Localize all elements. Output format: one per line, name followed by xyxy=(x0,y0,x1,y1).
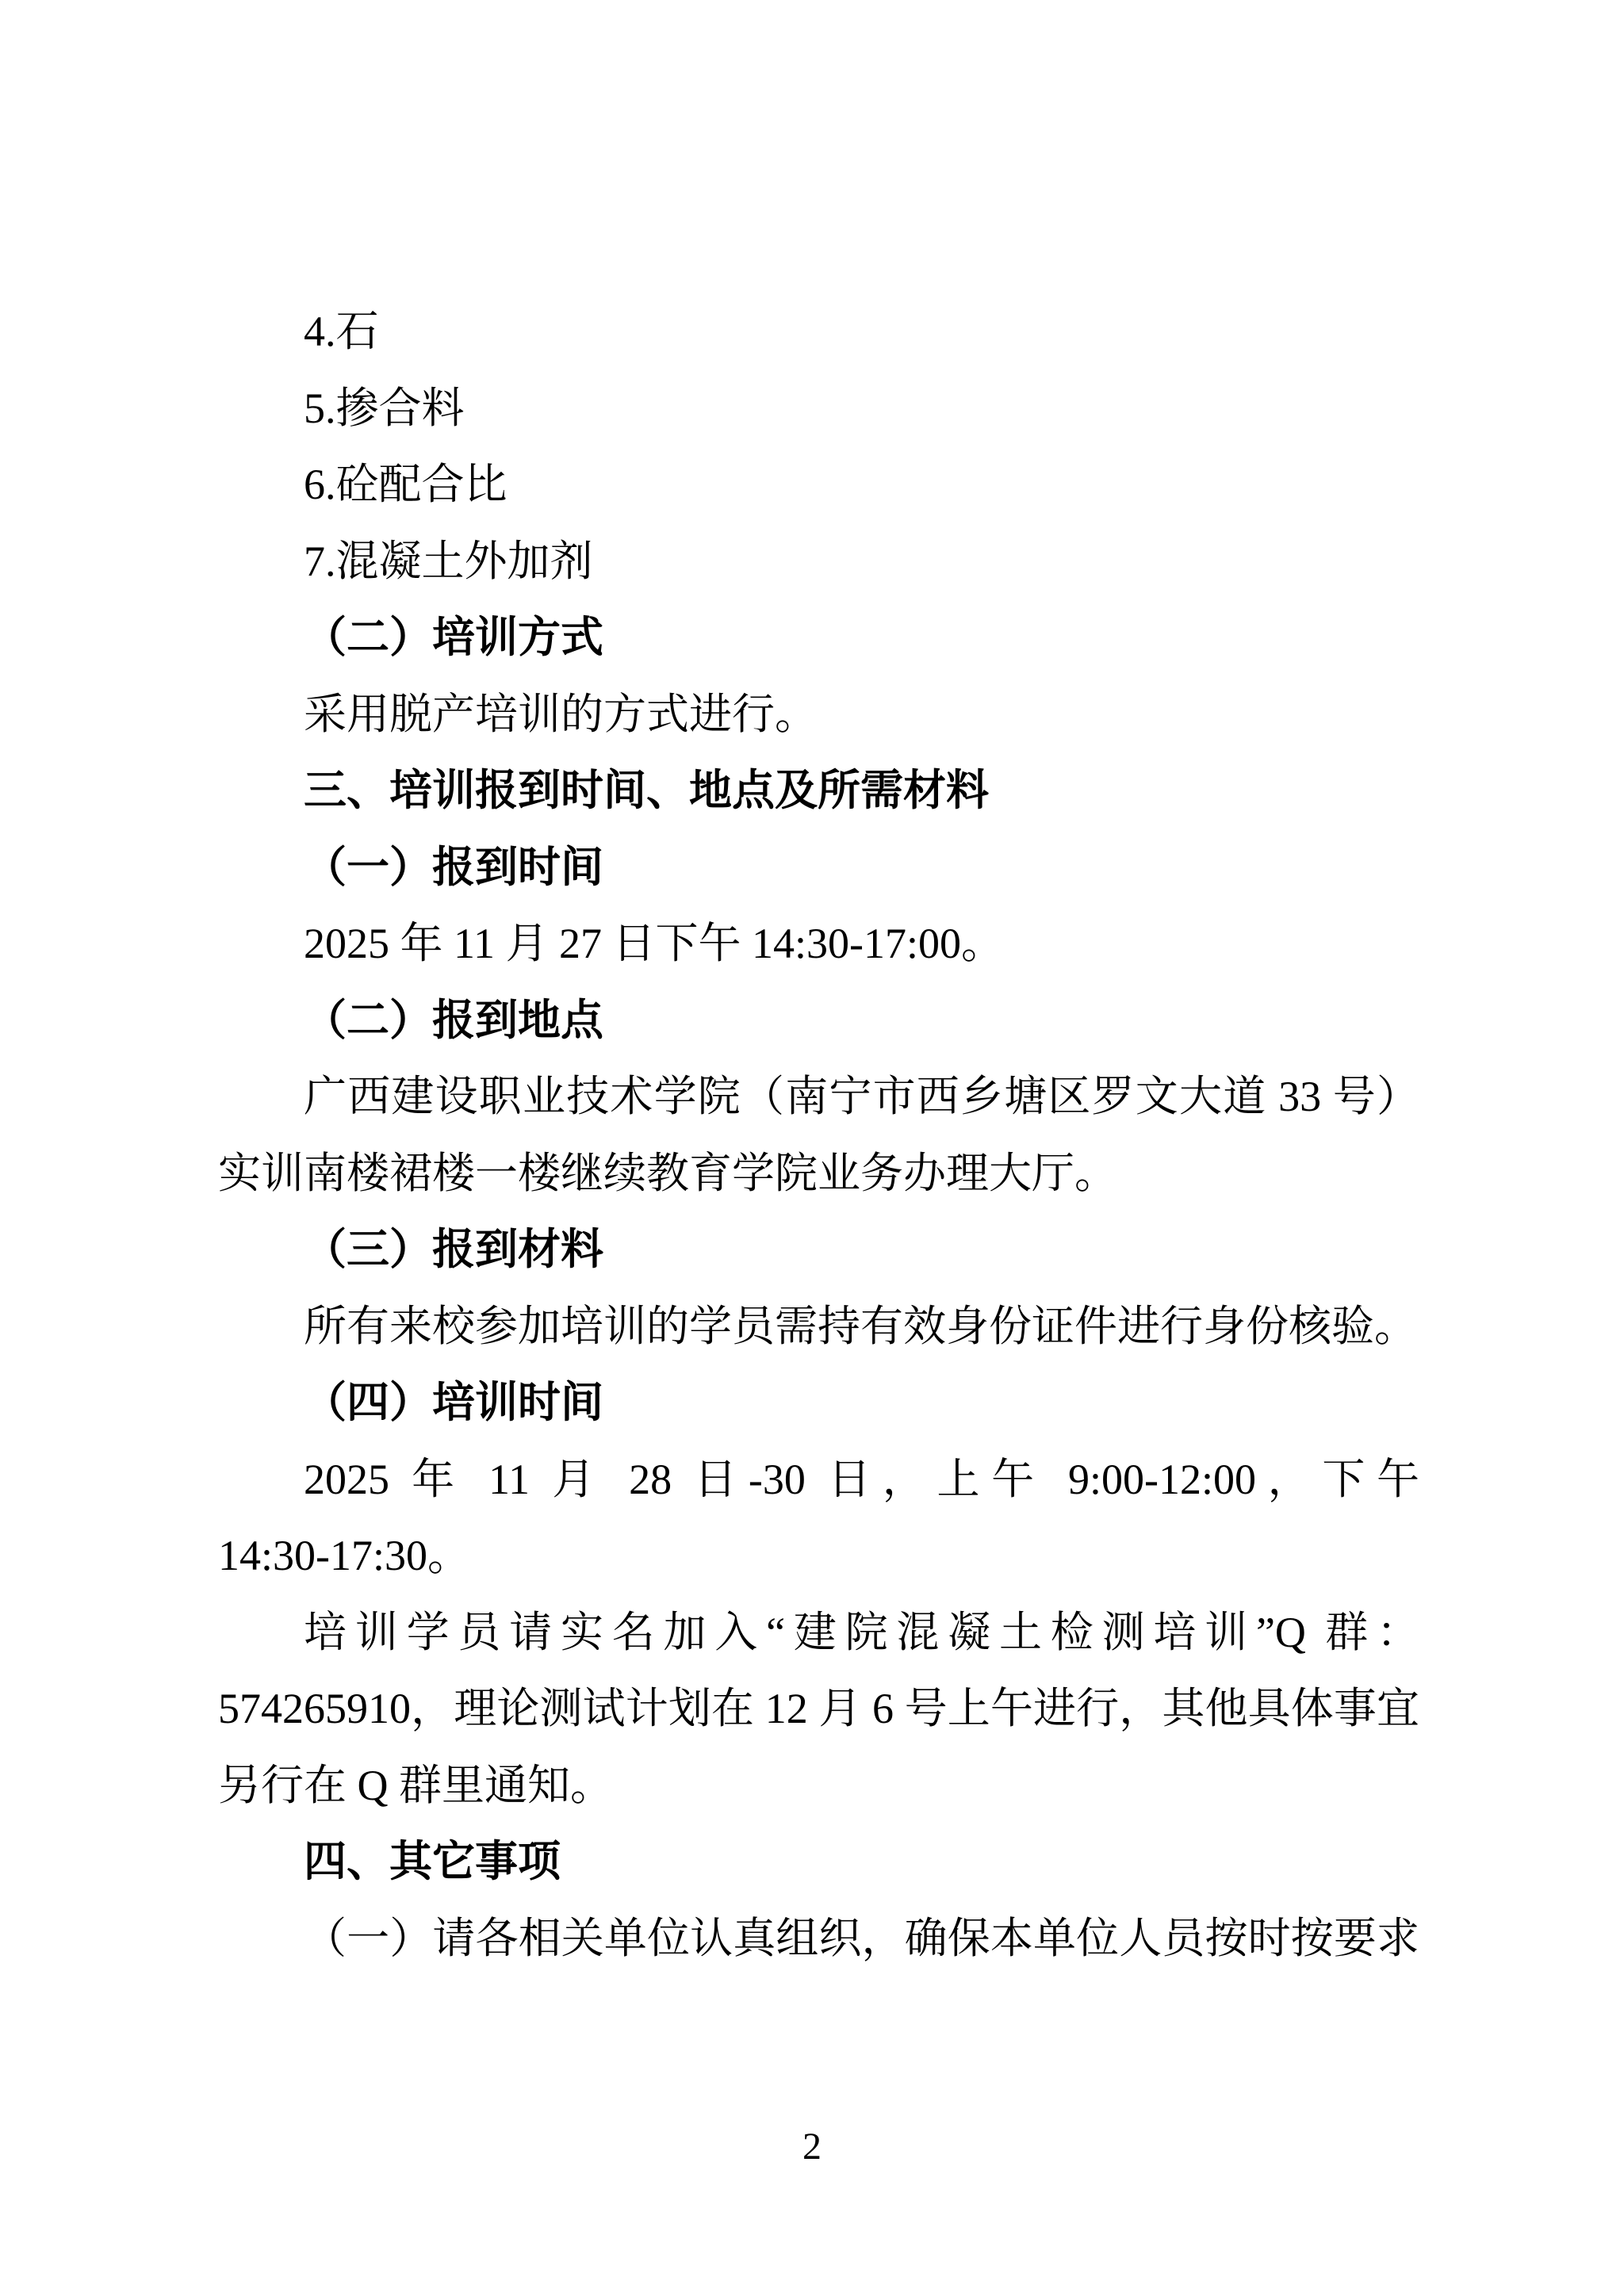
body-line: 培训学员请实名加入“建院混凝土检测培训”Q 群： xyxy=(218,1594,1419,1671)
document-body: 4.石 5.掺合料 6.砼配合比 7.混凝土外加剂 （二）培训方式 采用脱产培训… xyxy=(218,293,1419,1976)
sub-heading: （三）报到材料 xyxy=(218,1211,1419,1288)
body-line: 所有来校参加培训的学员需持有效身份证件进行身份核验。 xyxy=(218,1288,1419,1365)
list-item: 4.石 xyxy=(218,293,1419,370)
body-line: 2025 年 11 月 28 日-30 日，上午 9:00-12:00，下午 xyxy=(218,1441,1419,1518)
body-line: 2025 年 11 月 27 日下午 14:30-17:00。 xyxy=(218,905,1419,982)
body-line: 采用脱产培训的方式进行。 xyxy=(218,676,1419,753)
sub-heading: （一）报到时间 xyxy=(218,829,1419,906)
body-line: 另行在 Q 群里通知。 xyxy=(218,1747,1419,1824)
list-item: 6.砼配合比 xyxy=(218,446,1419,523)
list-item: 7.混凝土外加剂 xyxy=(218,523,1419,600)
body-line: 14:30-17:30。 xyxy=(218,1517,1419,1594)
body-line: 广西建设职业技术学院（南宁市西乡塘区罗文大道 33 号） xyxy=(218,1058,1419,1135)
sub-heading: （二）报到地点 xyxy=(218,982,1419,1059)
sub-heading: （四）培训时间 xyxy=(218,1364,1419,1441)
body-line: （一）请各相关单位认真组织，确保本单位人员按时按要求 xyxy=(218,1900,1419,1977)
list-item: 5.掺合料 xyxy=(218,370,1419,447)
page-number: 2 xyxy=(0,2122,1624,2172)
body-line: 实训南楼裙楼一楼继续教育学院业务办理大厅。 xyxy=(218,1135,1419,1212)
document-page: 4.石 5.掺合料 6.砼配合比 7.混凝土外加剂 （二）培训方式 采用脱产培训… xyxy=(0,0,1624,2296)
sub-heading: （二）培训方式 xyxy=(218,599,1419,676)
section-heading: 四、其它事项 xyxy=(218,1823,1419,1900)
body-line: 574265910，理论测试计划在 12 月 6 号上午进行，其他具体事宜 xyxy=(218,1670,1419,1747)
section-heading: 三、培训报到时间、地点及所需材料 xyxy=(218,752,1419,829)
